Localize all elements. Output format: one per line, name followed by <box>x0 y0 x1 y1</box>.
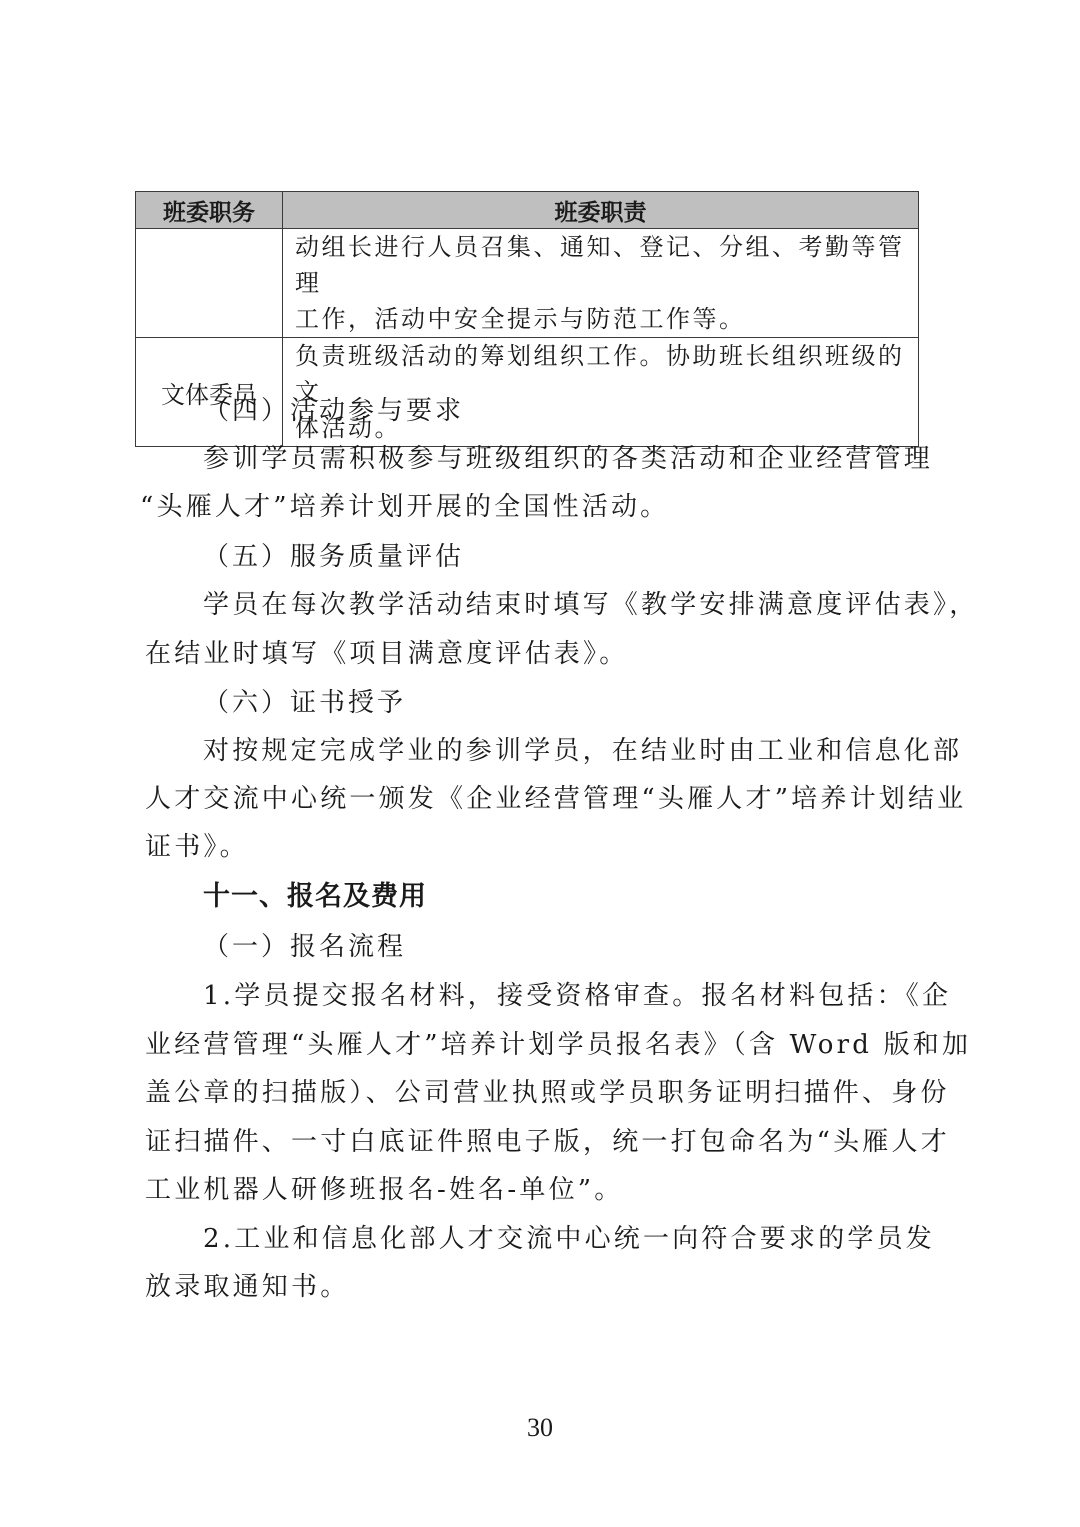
paragraph-line: 放录取通知书。 <box>145 1266 945 1303</box>
paragraph-line: 证扫描件、一寸白底证件照电子版，统一打包命名为“头雁人才 <box>145 1121 945 1158</box>
paragraph-line: 业经营管理“头雁人才”培养计划学员报名表》（含 Word 版和加 <box>145 1024 945 1061</box>
paragraph-line: 盖公章的扫描版）、公司营业执照或学员职务证明扫描件、身份 <box>145 1072 945 1109</box>
paragraph-line: 证书》。 <box>145 826 945 863</box>
paragraph-line: 工业机器人研修班报名-姓名-单位”。 <box>145 1169 945 1206</box>
paragraph-line: 参训学员需积极参与班级组织的各类活动和企业经营管理 <box>203 438 1003 475</box>
table-row: 动组长进行人员召集、通知、登记、分组、考勤等管理 工作，活动中安全提示与防范工作… <box>136 229 919 338</box>
duty-line: 工作，活动中安全提示与防范工作等。 <box>295 301 912 337</box>
header-duty: 班委职责 <box>283 192 919 229</box>
paragraph-line: 对按规定完成学业的参训学员，在结业时由工业和信息化部 <box>203 730 1003 767</box>
page-number: 30 <box>0 1413 1080 1443</box>
role-cell <box>136 229 283 338</box>
paragraph-line: 1.学员提交报名材料，接受资格审查。报名材料包括：《企 <box>203 975 1003 1012</box>
paragraph-line: 2.工业和信息化部人才交流中心统一向符合要求的学员发 <box>203 1218 1003 1255</box>
table-header-row: 班委职务 班委职责 <box>136 192 919 229</box>
paragraph-line: 学员在每次教学活动结束时填写《教学安排满意度评估表》， <box>203 584 1003 621</box>
paragraph-line: “头雁人才”培养计划开展的全国性活动。 <box>140 486 940 523</box>
chapter-heading: 十一、报名及费用 <box>203 874 1003 913</box>
duty-cell: 动组长进行人员召集、通知、登记、分组、考勤等管理 工作，活动中安全提示与防范工作… <box>283 229 919 338</box>
section-heading: （一）报名流程 <box>203 926 1003 963</box>
duty-line: 动组长进行人员召集、通知、登记、分组、考勤等管理 <box>295 229 912 301</box>
header-role: 班委职务 <box>136 192 283 229</box>
section-heading: （六）证书授予 <box>203 682 1003 719</box>
document-page: 班委职务 班委职责 动组长进行人员召集、通知、登记、分组、考勤等管理 工作，活动… <box>0 0 1080 1527</box>
paragraph-line: 在结业时填写《项目满意度评估表》。 <box>145 633 945 670</box>
section-heading: （四）活动参与要求 <box>203 390 1003 427</box>
section-heading: （五）服务质量评估 <box>203 536 1003 573</box>
paragraph-line: 人才交流中心统一颁发《企业经营管理“头雁人才”培养计划结业 <box>145 778 945 815</box>
